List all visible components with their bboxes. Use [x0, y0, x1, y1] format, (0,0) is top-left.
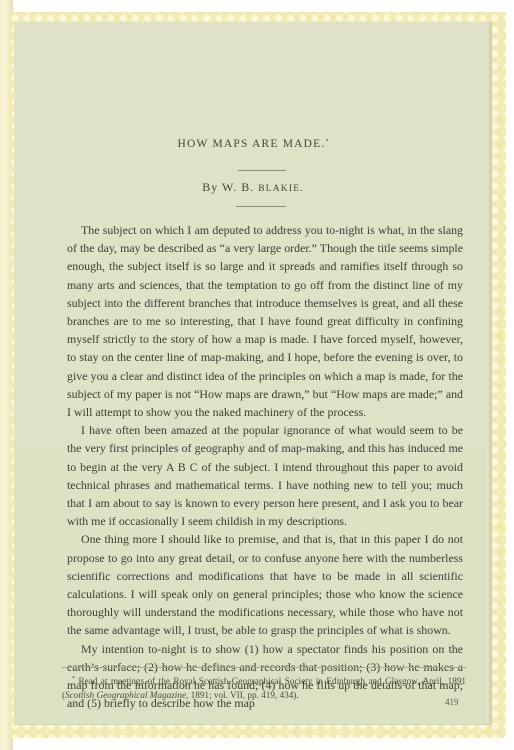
footnote-mark: *: [72, 676, 75, 682]
byline: By W. B. Blakie.: [14, 180, 492, 195]
byline-author: Blakie.: [258, 184, 304, 194]
paragraph: The subject on which I am deputed to add…: [67, 221, 463, 421]
byline-divider: [236, 206, 286, 207]
paragraph: One thing more I should like to premise,…: [67, 530, 463, 639]
article-title: HOW MAPS ARE MADE.*: [14, 138, 492, 150]
title-footnote-mark: *: [325, 139, 328, 145]
title-divider: [238, 170, 286, 171]
paragraph: I have often been amazed at the popular …: [67, 421, 463, 530]
article-title-text: HOW MAPS ARE MADE.: [178, 138, 326, 150]
footnote: * Read at meetings of the Royal Scottish…: [62, 672, 466, 702]
document-page: HOW MAPS ARE MADE.* By W. B. Blakie. The…: [14, 22, 492, 725]
footnote-text-after: , 1891; vol. VII, pp. 419, 434).: [186, 690, 299, 700]
article-body: The subject on which I am deputed to add…: [67, 221, 463, 712]
footnote-divider: [62, 667, 466, 668]
byline-prefix: By W. B.: [202, 180, 254, 194]
footnote-journal: Scottish Geographical Magazine: [65, 690, 186, 700]
page-edge-shadow: [487, 24, 490, 722]
page-number: 419: [445, 697, 459, 707]
